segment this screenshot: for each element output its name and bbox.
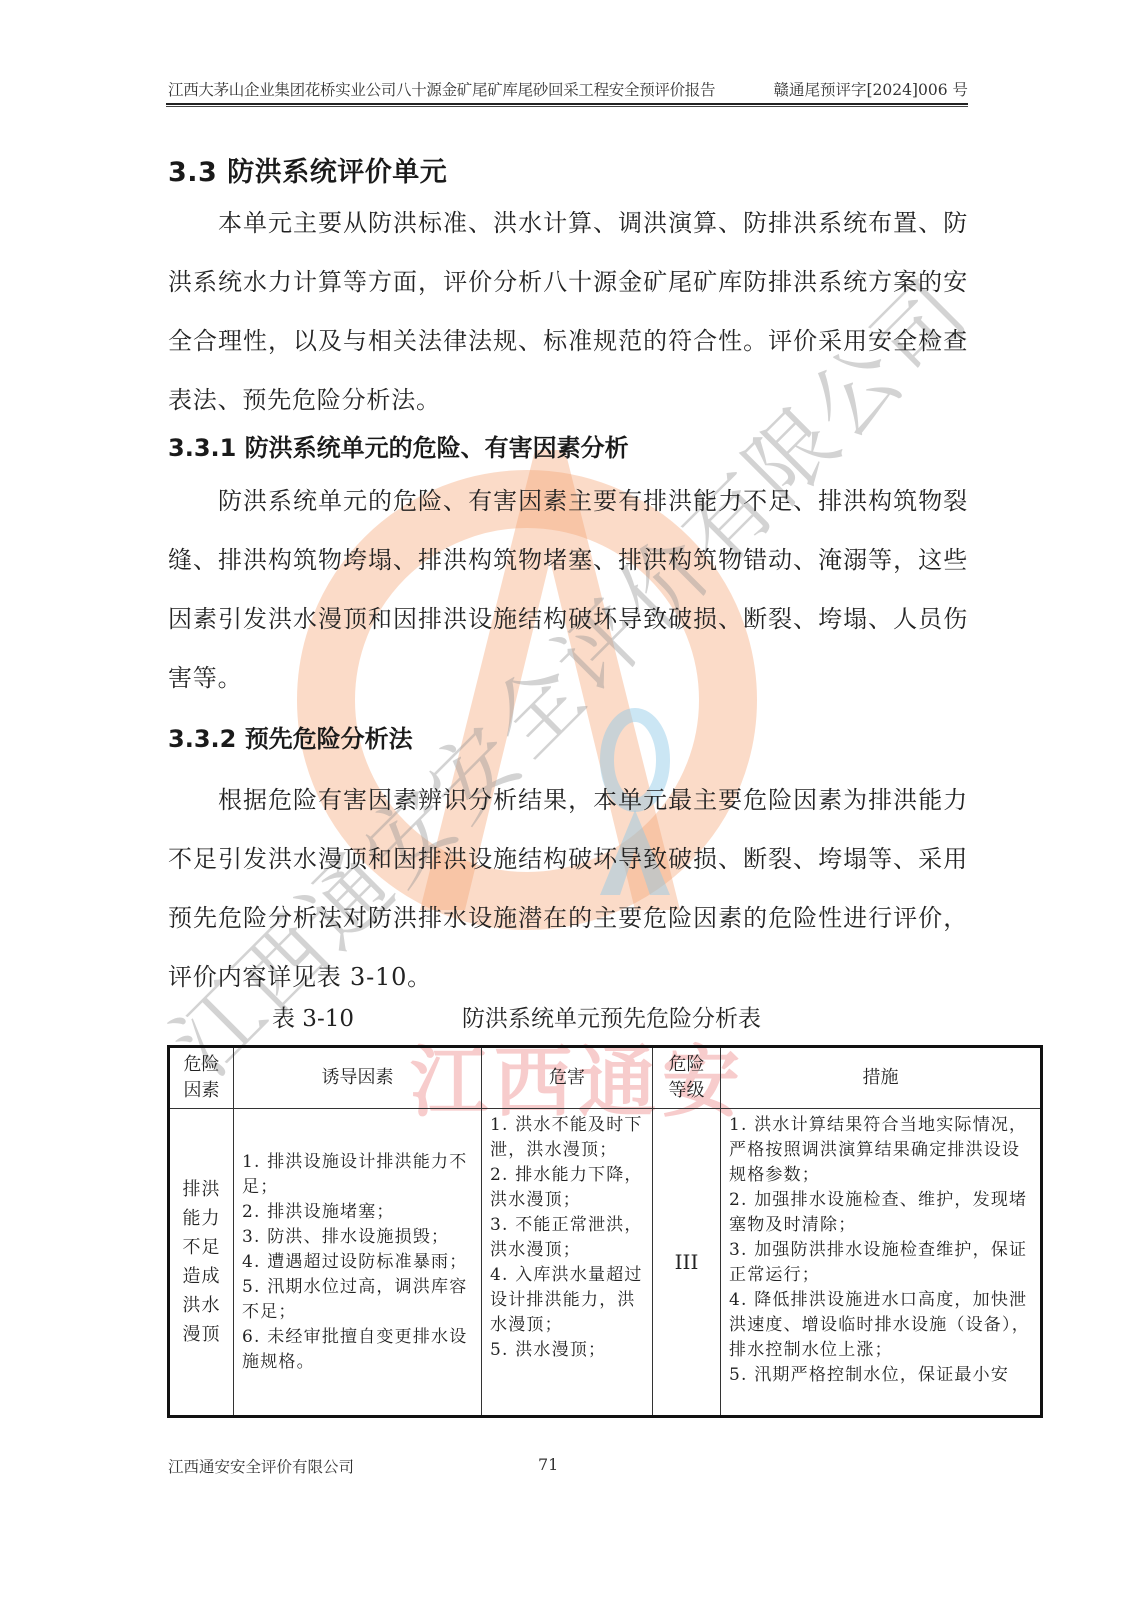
measure-item: 5. 汛期严格控制水位，保证最小安 (729, 1363, 1032, 1388)
table-caption-title: 防洪系统单元预先危险分析表 (462, 1000, 761, 1033)
document-page: 江西通安 江西通安安全评价有限公司 江西大茅山企业集团花桥实业公司八十源金矿尾矿… (0, 0, 1131, 1600)
hazard-analysis-paragraph: 防洪系统单元的危险、有害因素主要有排洪能力不足、排洪构筑物裂缝、排洪构筑物垮塌、… (168, 472, 968, 708)
hazard-text: 排洪能力不足造成洪水漫顶 (170, 1175, 233, 1349)
page-content: 江西大茅山企业集团花桥实业公司八十源金矿尾矿库尾砂回采工程安全预评价报告 赣通尾… (0, 0, 1131, 1600)
hazard-cell: 排洪能力不足造成洪水漫顶 (169, 1109, 234, 1417)
cause-item: 1. 排洪设施设计排洪能力不足； (242, 1150, 473, 1200)
column-header-consequences: 危害 (482, 1047, 653, 1109)
column-header-measures: 措施 (721, 1047, 1042, 1109)
cause-item: 5. 汛期水位过高，调洪库容不足； (242, 1275, 473, 1325)
consequence-item: 1. 洪水不能及时下泄，洪水漫顶； (490, 1113, 644, 1163)
cause-item: 2. 排洪设施堵塞； (242, 1200, 473, 1225)
footer-company: 江西通安安全评价有限公司 (168, 1455, 354, 1477)
table-caption-number: 表 3-10 (272, 1000, 354, 1033)
cause-item: 6. 未经审批擅自变更排水设施规格。 (242, 1325, 473, 1375)
cause-item: 3. 防洪、排水设施损毁； (242, 1225, 473, 1250)
document-number: 赣通尾预评字[2024]006 号 (773, 78, 968, 100)
header-rule-thin (166, 106, 968, 107)
causes-list: 1. 排洪设施设计排洪能力不足； 2. 排洪设施堵塞； 3. 防洪、排水设施损毁… (234, 1146, 481, 1379)
consequence-item: 5. 洪水漫顶； (490, 1338, 644, 1363)
running-header: 江西大茅山企业集团花桥实业公司八十源金矿尾矿库尾砂回采工程安全预评价报告 赣通尾… (168, 78, 968, 104)
consequences-cell: 1. 洪水不能及时下泄，洪水漫顶； 2. 排水能力下降，洪水漫顶； 3. 不能正… (482, 1109, 653, 1417)
table-header-row: 危险因素 诱导因素 危害 危险等级 措施 (169, 1047, 1042, 1109)
cause-item: 4. 遭遇超过设防标准暴雨； (242, 1250, 473, 1275)
consequence-item: 4. 入库洪水量超过设计排洪能力，洪水漫顶； (490, 1263, 644, 1338)
level-cell: III (653, 1109, 721, 1417)
subsection-heading-hazard-analysis: 3.3.1 防洪系统单元的危险、有害因素分析 (168, 428, 629, 463)
measure-item: 4. 降低排洪设施进水口高度，加快泄洪速度、增设临时排水设施（设备），排水控制水… (729, 1288, 1032, 1363)
column-header-hazard: 危险因素 (169, 1047, 234, 1109)
subsection-heading-pha: 3.3.2 预先危险分析法 (168, 719, 413, 754)
risk-level: III (653, 1250, 720, 1274)
report-title: 江西大茅山企业集团花桥实业公司八十源金矿尾矿库尾砂回采工程安全预评价报告 (168, 78, 715, 100)
measure-item: 2. 加强排水设施检查、维护，发现堵塞物及时清除； (729, 1188, 1032, 1238)
consequence-item: 2. 排水能力下降，洪水漫顶； (490, 1163, 644, 1213)
column-header-level: 危险等级 (653, 1047, 721, 1109)
measures-cell: 1. 洪水计算结果符合当地实际情况，严格按照调洪演算结果确定排洪设设规格参数； … (721, 1109, 1042, 1417)
consequence-item: 3. 不能正常泄洪，洪水漫顶； (490, 1213, 644, 1263)
section-intro-paragraph: 本单元主要从防洪标准、洪水计算、调洪演算、防排洪系统布置、防洪系统水力计算等方面… (168, 194, 968, 430)
section-heading: 3.3 防洪系统评价单元 (168, 150, 447, 189)
page-number: 71 (538, 1455, 558, 1474)
measure-item: 3. 加强防洪排水设施检查维护，保证正常运行； (729, 1238, 1032, 1288)
table-row: 排洪能力不足造成洪水漫顶 1. 排洪设施设计排洪能力不足； 2. 排洪设施堵塞；… (169, 1109, 1042, 1417)
column-header-causes: 诱导因素 (234, 1047, 482, 1109)
measure-item: 1. 洪水计算结果符合当地实际情况，严格按照调洪演算结果确定排洪设设规格参数； (729, 1113, 1032, 1188)
consequences-list: 1. 洪水不能及时下泄，洪水漫顶； 2. 排水能力下降，洪水漫顶； 3. 不能正… (482, 1109, 652, 1367)
measures-list: 1. 洪水计算结果符合当地实际情况，严格按照调洪演算结果确定排洪设设规格参数； … (721, 1109, 1040, 1392)
header-rule (166, 103, 968, 105)
causes-cell: 1. 排洪设施设计排洪能力不足； 2. 排洪设施堵塞； 3. 防洪、排水设施损毁… (234, 1109, 482, 1417)
pha-table: 危险因素 诱导因素 危害 危险等级 措施 排洪能力不足造成洪水漫顶 1. 排洪设… (167, 1045, 1043, 1418)
pha-paragraph: 根据危险有害因素辨识分析结果，本单元最主要危险因素为排洪能力不足引发洪水漫顶和因… (168, 771, 968, 1007)
